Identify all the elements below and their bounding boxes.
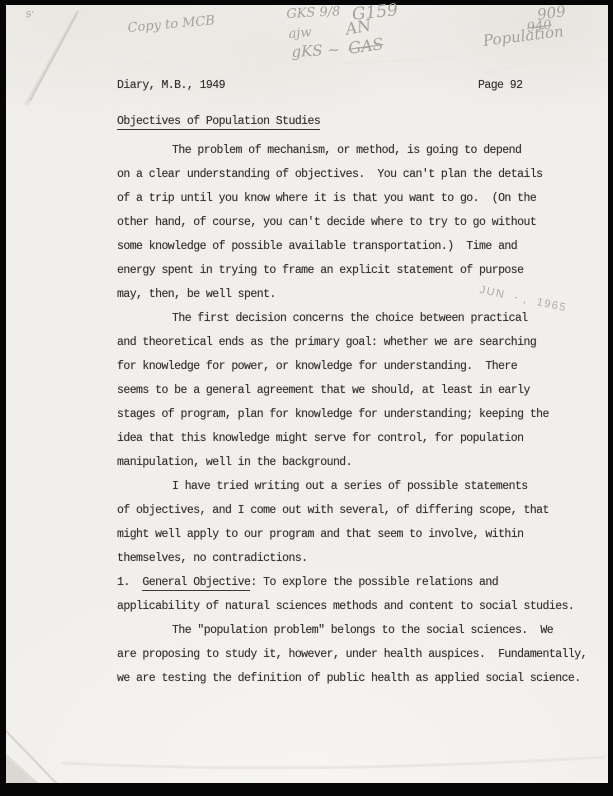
section-heading: Objectives of Population Studies bbox=[117, 115, 320, 130]
typed-line: on a clear understanding of objectives. … bbox=[117, 163, 599, 187]
typed-line: The first decision concerns the choice b… bbox=[117, 307, 599, 331]
typed-line: 1. General Objective: To explore the pos… bbox=[117, 571, 599, 595]
typed-line: other hand, of course, you can't decide … bbox=[117, 211, 599, 235]
page-number: Page 92 bbox=[478, 79, 522, 92]
typed-line: we are testing the definition of public … bbox=[117, 667, 599, 691]
typed-line: seems to be a general agreement that we … bbox=[117, 379, 599, 403]
typed-line: applicability of natural sciences method… bbox=[117, 595, 599, 619]
corner-scribble: s· bbox=[24, 6, 36, 21]
typed-text: : To explore the possible relations and bbox=[250, 576, 498, 589]
typed-text: 1. bbox=[117, 576, 142, 589]
typed-line: and theoretical ends as the primary goal… bbox=[117, 331, 599, 355]
code-gks: gKS ~ bbox=[291, 40, 340, 61]
typed-line: are proposing to study it, however, unde… bbox=[117, 643, 599, 667]
typed-line: The "population problem" belongs to the … bbox=[117, 619, 599, 643]
typed-line: of objectives, and I come out with sever… bbox=[117, 499, 599, 523]
initials-gks-date: GKS 9/8 bbox=[286, 4, 341, 22]
typed-line: manipulation, well in the background. bbox=[117, 451, 599, 475]
scanned-page: Diary, M.B., 1949 Page 92 Objectives of … bbox=[6, 5, 608, 783]
underlined-text: General Objective bbox=[142, 576, 250, 591]
typed-line: I have tried writing out a series of pos… bbox=[117, 475, 599, 499]
typed-line: themselves, no contradictions. bbox=[117, 547, 599, 571]
typed-line: idea that this knowledge might serve for… bbox=[117, 427, 599, 451]
typed-line: some knowledge of possible available tra… bbox=[117, 235, 599, 259]
code-gas-crossed: GAS bbox=[347, 34, 385, 58]
population-note: Population bbox=[482, 22, 565, 50]
typed-line: for knowledge for power, or knowledge fo… bbox=[117, 355, 599, 379]
typed-line: energy spent in trying to frame an expli… bbox=[117, 259, 599, 283]
typed-line: of a trip until you know where it is tha… bbox=[117, 187, 599, 211]
copy-to-mcb-note: Copy to MCB bbox=[127, 13, 216, 36]
doc-title: Diary, M.B., 1949 bbox=[117, 79, 225, 92]
document-body: The problem of mechanism, or method, is … bbox=[117, 139, 599, 691]
typed-line: The problem of mechanism, or method, is … bbox=[117, 139, 599, 163]
typed-line: stages of program, plan for knowledge fo… bbox=[117, 403, 599, 427]
typed-line: might well apply to our program and that… bbox=[117, 523, 599, 547]
initials-ajw: ajw bbox=[288, 25, 312, 42]
